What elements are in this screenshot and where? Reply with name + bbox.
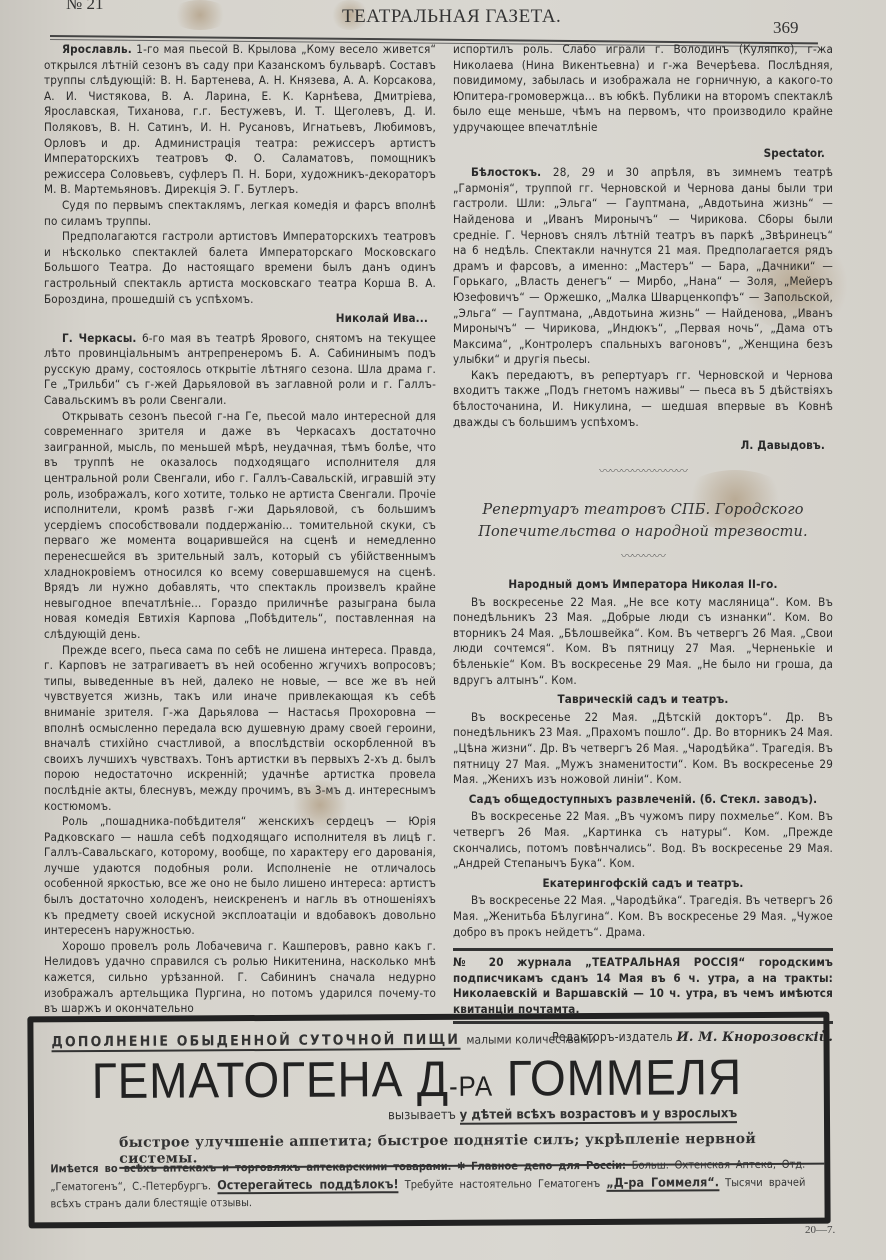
left-column: Ярославль. 1-го мая пьесой В. Крылова „К… [44,42,436,1017]
repertoire-title: Репертуаръ театровъ СПБ. Городского Попе… [453,499,833,543]
article-paragraph: Судя по первымъ спектаклямъ, легкая коме… [44,198,436,229]
article-paragraph: Г. Черкасы. 6-го мая въ театрѣ Ярового, … [44,331,436,409]
star-icon: ✱ [457,1160,465,1173]
hematogen-advertisement: ДОПОЛНЕНІЕ ОБЫДЕННОЙ СУТОЧНОЙ ПИЩИ малым… [27,1012,830,1229]
author-signature: Л. Давыдовъ. [453,438,825,454]
paragraph-text: 28, 29 и 30 апрѣля, въ зимнемъ театрѣ „Г… [453,165,833,366]
author-signature: Николай Ива... [44,311,428,327]
notice-text: № 20 журнала „ТЕАТРАЛЬНАЯ РОССІЯ“ городс… [453,955,833,1017]
ad-tagline-small: малыми количествами [466,1032,595,1047]
ornament-divider-small: 〰〰〰〰 [453,549,833,565]
venue-schedule: Въ воскресенье 22 Мая. „Дѣтскій докторъ“… [453,710,833,788]
ad-tagline: ДОПОЛНЕНІЕ ОБЫДЕННОЙ СУТОЧНОЙ ПИЩИ малым… [51,1031,595,1050]
ad-code: 20—7. [805,1224,835,1236]
ad-brand: „Д-ра Гоммеля“. [606,1174,719,1192]
repertoire-list: Народный домъ Императора Николая II-го.В… [453,577,833,940]
ad-demand: Требуйте настоятельно Гематогенъ [405,1177,601,1191]
article-paragraph: Прежде всего, пьеса сама по себѣ не лише… [44,643,436,815]
newspaper-page: № 21 ТЕАТРАЛЬНАЯ ГАЗЕТА. 369 Ярославль. … [0,0,886,1260]
page-number: 369 [773,18,799,38]
article-continuation: испортилъ роль. Слабо играли г. Володинъ… [453,42,833,136]
city-heading: Г. Черкасы. [62,331,137,345]
venue-heading: Екатерингофскій садъ и театръ. [453,876,833,892]
ad-depot-label: Главное депо для Россіи: [471,1159,626,1173]
ad-causes: вызываетъ у дѣтей всѣхъ возрастовъ и у в… [388,1106,737,1123]
paragraph-text: 1-го мая пьесой В. Крылова „Кому весело … [44,42,436,196]
article-paragraph: Открывать сезонъ пьесой г-на Ге, пьесой … [44,409,436,643]
newspaper-title: ТЕАТРАЛЬНАЯ ГАЗЕТА. [342,6,561,28]
ad-title-small: -РА [449,1071,493,1102]
city-heading: Бѣлостокъ. [471,165,541,179]
ad-availability: Имѣется во всѣхъ аптекахъ и торговляхъ а… [50,1156,805,1213]
page-header: № 21 ТЕАТРАЛЬНАЯ ГАЗЕТА. 369 [0,0,886,40]
ad-product-title: ГЕМАТОГЕНА Д-РА ГОММЕЛЯ [92,1048,743,1110]
venue-heading: Таврическій садъ и театръ. [453,692,833,708]
article-paragraph: Ярославль. 1-го мая пьесой В. Крылова „К… [44,42,436,198]
ad-causes-prefix: вызываетъ [388,1108,456,1123]
article-cherkasy: Г. Черкасы. 6-го мая въ театрѣ Ярового, … [44,331,436,1017]
ad-title-end: ГОММЕЛЯ [493,1049,742,1107]
issue-number: № 21 [66,0,103,14]
ad-availability-text: Имѣется во всѣхъ аптекахъ и торговляхъ а… [50,1160,451,1175]
article-yaroslavl: Ярославль. 1-го мая пьесой В. Крылова „К… [44,42,436,327]
ad-warning: Остерегайтесь поддѣлокъ! [217,1176,398,1194]
article-paragraph: Предполагаются гастроли артистовъ Импера… [44,229,436,307]
ornament-divider: 〰〰〰〰〰〰〰〰 [453,464,833,480]
author-signature: Spectator. [453,146,825,162]
venue-heading: Садъ общедоступныхъ развлеченій. (б. Сте… [453,792,833,808]
venue-heading: Народный домъ Императора Николая II-го. [453,577,833,593]
article-paragraph: Хорошо провелъ роль Лобачевича г. Кашпер… [44,939,436,1017]
article-paragraph: Роль „пошадника-побѣдителя“ женскихъ сер… [44,814,436,939]
right-column: испортилъ роль. Слабо играли г. Володинъ… [453,42,833,1046]
article-belostok: Бѣлостокъ. 28, 29 и 30 апрѣля, въ зимнем… [453,165,833,454]
venue-schedule: Въ воскресенье 22 Мая. „Не все коту масл… [453,595,833,689]
ad-title-main: ГЕМАТОГЕНА Д [92,1051,450,1109]
article-paragraph: Какъ передаютъ, въ репертуаръ гг. Чернов… [453,368,833,430]
venue-schedule: Въ воскресенье 22 Мая. „Въ чужомъ пиру п… [453,809,833,871]
ad-causes-text: у дѣтей всѣхъ возрастовъ и у взрослыхъ [460,1106,738,1125]
venue-schedule: Въ воскресенье 22 Мая. „Чародѣйка“. Траг… [453,893,833,940]
city-heading: Ярославль. [62,42,132,56]
article-paragraph: Бѣлостокъ. 28, 29 и 30 апрѣля, въ зимнем… [453,165,833,368]
